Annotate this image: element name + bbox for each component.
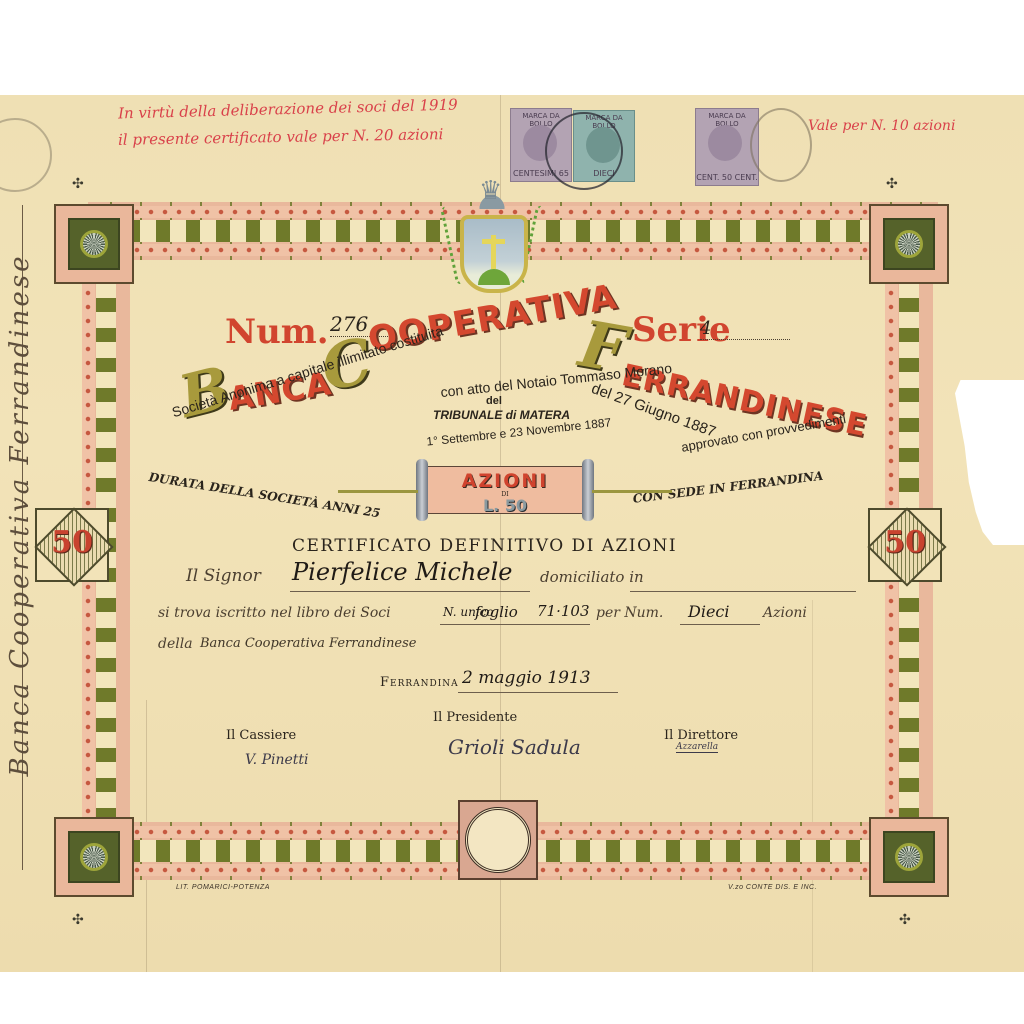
fleuron-icon: ✣ (886, 176, 898, 192)
president-signature: Grioli Sadula (448, 735, 581, 759)
bank-name: Banca Cooperativa Ferrandinese (200, 636, 417, 651)
folio-label: foglio (475, 603, 518, 621)
corner-rosette-icon (869, 817, 949, 897)
holder-label: Il Signor (186, 566, 261, 586)
corner-rosette-icon (869, 204, 949, 284)
fill-line (630, 591, 856, 592)
cashier-label: Il Cassiere (226, 728, 296, 743)
folio-value: 71·103 (537, 602, 590, 620)
handwritten-note: Vale per N. 10 azioni (808, 118, 955, 134)
certificate-title: CERTIFICATO DEFINITIVO DI AZIONI (292, 536, 677, 556)
designer-imprint: V.zo CONTE DIS. E INC. (728, 884, 817, 891)
stamp-value: CENT. 50 CENT. (696, 173, 758, 182)
coat-of-arms-icon (460, 215, 528, 293)
issue-place: Ferrandina (380, 675, 459, 690)
shares-count: Dieci (688, 602, 730, 621)
fill-line (290, 591, 530, 592)
postmark (545, 112, 623, 190)
fill-line (680, 624, 760, 625)
corner-rosette-icon (54, 817, 134, 897)
fleuron-icon: ✣ (899, 912, 911, 928)
fold-crease (812, 600, 813, 972)
domicile-label: domiciliato in (540, 568, 644, 586)
holder-name: Pierfelice Michele (292, 558, 512, 586)
director-signature: Azzarella (676, 742, 718, 753)
register-label: si trova iscritto nel libro dei Soci (158, 605, 391, 621)
per-num-label: per Num. (596, 605, 663, 621)
serie-value: 4 (700, 318, 790, 340)
shares-label: Azioni (763, 605, 807, 621)
seal-oval (458, 800, 538, 880)
della-label: della (158, 636, 193, 652)
margin-vertical-text: Banca Cooperativa Ferrandinese (5, 165, 35, 865)
number-label: Num. (225, 312, 329, 352)
fill-line (440, 624, 590, 625)
banner-azioni: AZIONI (426, 470, 584, 492)
denomination-value: 50 (870, 525, 940, 560)
printer-imprint: LIT. POMARICI-POTENZA (176, 884, 270, 891)
fleuron-icon: ✣ (72, 912, 84, 928)
president-label: Il Presidente (433, 710, 517, 725)
fill-line (458, 692, 618, 693)
corner-rosette-icon (54, 204, 134, 284)
share-value-banner: AZIONI DI L. 50 (425, 466, 585, 514)
denomination-badge-right: 50 (868, 508, 942, 582)
fleuron-icon: ✣ (72, 176, 84, 192)
denomination-badge-left: 50 (35, 508, 109, 582)
crown-icon (470, 185, 514, 209)
postmark (750, 108, 812, 182)
director-label: Il Direttore (664, 728, 738, 743)
cashier-signature: V. Pinetti (245, 752, 309, 768)
portrait-icon (708, 125, 742, 161)
tribunal-text: TRIBUNALE di MATERA (433, 408, 570, 422)
share-value: L. 50 (426, 498, 584, 514)
denomination-value: 50 (37, 525, 107, 560)
issue-date: 2 maggio 1913 (462, 668, 591, 688)
del-text: del (486, 395, 502, 407)
